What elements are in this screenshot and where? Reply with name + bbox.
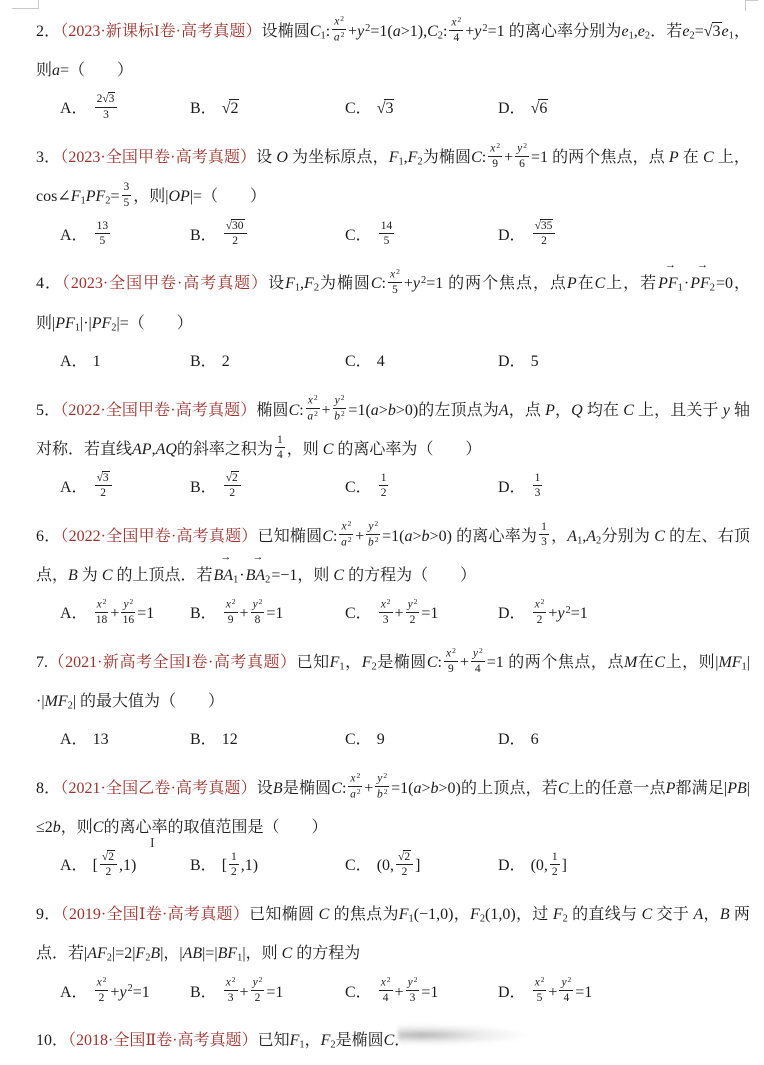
option-a-value: x22+y2=1 (93, 984, 150, 1001)
option-a-label: A． (60, 479, 88, 496)
option-b: B．[12,1) (190, 848, 345, 885)
question-source: （2023·全国甲卷·高考真题） (60, 149, 256, 166)
option-d: D．(0,12] (498, 848, 750, 885)
option-b: B．2 (190, 344, 345, 381)
question-item: 8．（2021·全国乙卷·高考真题）设B是椭圆C:x2a2+y2b2=1(a>b… (36, 769, 750, 885)
question-source: （2021·全国乙卷·高考真题） (60, 780, 256, 797)
option-b-value: √22 (222, 479, 243, 496)
option-a: A．135 (60, 218, 190, 255)
options-row: A．√32 B．√22 C．12 D．13 (60, 470, 750, 507)
question-item: 7.（2021·新高考全国I卷·高考真题）已知F1，F2是椭圆C:x29+y24… (36, 643, 750, 759)
question-stem: 6．（2022·全国甲卷·高考真题）已知椭圆C:x2a2+y2b2=1(a>b>… (36, 517, 750, 595)
question-source: （2021·新高考全国I卷·高考真题） (48, 654, 297, 671)
option-c-value: (0,√22] (377, 857, 421, 874)
option-b: B．x23+y22=1 (190, 975, 345, 1012)
page-corner-mark-left (12, 0, 39, 9)
question-source: （2023·新课标I卷·高考真题） (60, 23, 261, 40)
option-a-value: 13 (93, 731, 109, 748)
question-number: 8． (36, 780, 60, 797)
option-c-label: C． (345, 984, 372, 1001)
option-d: D．√6 (498, 91, 750, 128)
option-a: A．13 (60, 722, 190, 759)
option-b: B．√302 (190, 218, 345, 255)
question-item: 6．（2022·全国甲卷·高考真题）已知椭圆C:x2a2+y2b2=1(a>b>… (36, 517, 750, 633)
option-d-label: D． (498, 731, 526, 748)
option-b-label: B． (190, 984, 217, 1001)
question-stem: 10．（2018·全国Ⅱ卷·高考真题）已知F1，F2是椭圆C． (36, 1021, 750, 1060)
option-a-value: 135 (93, 227, 113, 244)
option-c: C．(0,√22] (345, 848, 498, 885)
option-c-value: √3 (377, 99, 395, 117)
option-c: C．145 (345, 218, 498, 255)
option-d-value: √352 (531, 227, 558, 244)
option-a-value: 1 (93, 353, 101, 370)
option-b: B．x29+y28=1 (190, 596, 345, 633)
option-d-value: x25+y24=1 (531, 984, 593, 1001)
question-source: （2019·全国Ⅰ卷·高考真题） (61, 906, 250, 923)
options-row: A．13 B．12 C．9 D．6 (60, 722, 750, 759)
question-number: 6． (36, 528, 60, 545)
option-d-label: D． (498, 353, 526, 370)
option-c-value: 12 (377, 479, 391, 496)
options-row: A．1 B．2 C．4 D．5 (60, 344, 750, 381)
option-a: A．√32 (60, 470, 190, 507)
question-item: 5．（2022·全国甲卷·高考真题）椭圆C:x2a2+y2b2=1(a>b>0)… (36, 391, 750, 507)
option-d-label: D． (498, 227, 526, 244)
question-source: （2018·全国Ⅱ卷·高考真题） (68, 1032, 258, 1049)
option-b-label: B． (190, 605, 217, 622)
option-c: C．9 (345, 722, 498, 759)
smudge-artifact (398, 1024, 528, 1044)
question-item: 4．（2023·全国甲卷·高考真题）设F1,F2为椭圆C:x25+y2=1 的两… (36, 264, 750, 380)
option-b-value: 2 (222, 353, 230, 370)
question-number: 2． (36, 23, 60, 40)
question-number: 3． (36, 149, 60, 166)
option-a-value: √32 (93, 479, 114, 496)
question-item: 3．（2023·全国甲卷·高考真题）设 O 为坐标原点，F1,F2为椭圆C:x2… (36, 138, 750, 254)
option-b-label: B． (190, 100, 217, 117)
option-a-label: A． (60, 984, 88, 1001)
option-b-value: √302 (222, 227, 249, 244)
option-c-value: x24+y23=1 (377, 984, 439, 1001)
option-b-value: [12,1) (222, 857, 258, 874)
question-stem: 8．（2021·全国乙卷·高考真题）设B是椭圆C:x2a2+y2b2=1(a>b… (36, 769, 750, 847)
option-c-value: x23+y22=1 (377, 605, 439, 622)
option-c-label: C． (345, 353, 372, 370)
option-d-label: D． (498, 984, 526, 1001)
option-c-label: C． (345, 227, 372, 244)
option-c: C．4 (345, 344, 498, 381)
question-item: 2．（2023·新课标I卷·高考真题）设椭圆C1:x2a2+y2=1(a>1),… (36, 12, 750, 128)
option-c-label: C． (345, 100, 372, 117)
page-corner-mark-right (745, 0, 758, 11)
question-stem: 9．（2019·全国Ⅰ卷·高考真题）已知椭圆 C 的焦点为F1(−1,0)，F2… (36, 895, 750, 973)
question-item: 9．（2019·全国Ⅰ卷·高考真题）已知椭圆 C 的焦点为F1(−1,0)，F2… (36, 895, 750, 1011)
option-b: B．√2 (190, 91, 345, 128)
option-d: D．13 (498, 470, 750, 507)
options-row: A．x22+y2=1 B．x23+y22=1 C．x24+y23=1 D．x25… (60, 975, 750, 1012)
option-a-label: A． (60, 353, 88, 370)
text-cursor[interactable]: I (150, 837, 155, 851)
option-c: C．√3 (345, 91, 498, 128)
option-b-value: √2 (222, 99, 240, 117)
worksheet-page: 2．（2023·新课标I卷·高考真题）设椭圆C1:x2a2+y2=1(a>1),… (0, 0, 764, 1065)
question-stem: 7.（2021·新高考全国I卷·高考真题）已知F1，F2是椭圆C:x29+y24… (36, 643, 750, 721)
question-number: 9． (36, 906, 61, 923)
question-number: 5． (36, 402, 60, 419)
option-c-label: C． (345, 857, 372, 874)
question-stem: 4．（2023·全国甲卷·高考真题）设F1,F2为椭圆C:x25+y2=1 的两… (36, 264, 750, 342)
option-c: C．x23+y22=1 (345, 596, 498, 633)
option-d: D．6 (498, 722, 750, 759)
options-row: A．135 B．√302 C．145 D．√352 (60, 218, 750, 255)
option-b-value: x23+y22=1 (222, 984, 284, 1001)
option-b-label: B． (190, 479, 217, 496)
option-a-value: [√22,1) (93, 857, 137, 874)
option-a-label: A． (60, 731, 88, 748)
question-number: 4． (36, 275, 62, 292)
option-b-label: B． (190, 227, 217, 244)
option-a: A．1 (60, 344, 190, 381)
option-d-value: √6 (531, 99, 549, 117)
option-b: B．√22 (190, 470, 345, 507)
option-d-value: 6 (531, 731, 539, 748)
option-a-label: A． (60, 605, 88, 622)
option-b-value: x29+y28=1 (222, 605, 284, 622)
option-c: C．x24+y23=1 (345, 975, 498, 1012)
question-item: 10．（2018·全国Ⅱ卷·高考真题）已知F1，F2是椭圆C． (36, 1021, 750, 1060)
option-a: A．[√22,1) (60, 848, 190, 885)
options-row: A．[√22,1) B．[12,1) C．(0,√22] D．(0,12] (60, 848, 750, 885)
option-a-label: A． (60, 227, 88, 244)
option-a-value: 2√33 (93, 100, 120, 117)
question-number: 7. (36, 654, 48, 671)
option-d-label: D． (498, 479, 526, 496)
question-source: （2023·全国甲卷·高考真题） (62, 275, 268, 292)
option-b-label: B． (190, 731, 217, 748)
option-c-value: 145 (377, 227, 397, 244)
option-c-label: C． (345, 731, 372, 748)
option-c-label: C． (345, 605, 372, 622)
option-d-label: D． (498, 605, 526, 622)
option-c: C．12 (345, 470, 498, 507)
option-b-label: B． (190, 857, 217, 874)
option-a-label: A． (60, 857, 88, 874)
question-text: 已知F1，F2是椭圆C． (258, 1032, 411, 1049)
option-b: B．12 (190, 722, 345, 759)
question-stem: 2．（2023·新课标I卷·高考真题）设椭圆C1:x2a2+y2=1(a>1),… (36, 12, 750, 90)
option-a-value: x218+y216=1 (93, 605, 155, 622)
question-source: （2022·全国甲卷·高考真题） (60, 402, 256, 419)
option-a: A．x218+y216=1 (60, 596, 190, 633)
options-row: A．2√33 B．√2 C．√3 D．√6 (60, 91, 750, 128)
option-a: A．x22+y2=1 (60, 975, 190, 1012)
question-number: 10． (36, 1032, 68, 1049)
option-c-value: 9 (377, 731, 385, 748)
option-b-label: B． (190, 353, 217, 370)
question-source: （2022·全国甲卷·高考真题） (60, 528, 257, 545)
option-d-label: D． (498, 857, 526, 874)
option-d: D．x22+y2=1 (498, 596, 750, 633)
options-row: A．x218+y216=1 B．x29+y28=1 C．x23+y22=1 D．… (60, 596, 750, 633)
option-d-value: 13 (531, 479, 545, 496)
question-stem: 5．（2022·全国甲卷·高考真题）椭圆C:x2a2+y2b2=1(a>b>0)… (36, 391, 750, 469)
option-d-label: D． (498, 100, 526, 117)
option-d: D．x25+y24=1 (498, 975, 750, 1012)
option-d-value: x22+y2=1 (531, 605, 588, 622)
option-b-value: 12 (222, 731, 238, 748)
option-d: D．√352 (498, 218, 750, 255)
question-stem: 3．（2023·全国甲卷·高考真题）设 O 为坐标原点，F1,F2为椭圆C:x2… (36, 138, 750, 216)
option-d-value: 5 (531, 353, 539, 370)
option-c-value: 4 (377, 353, 385, 370)
option-d-value: (0,12] (531, 857, 567, 874)
option-a: A．2√33 (60, 91, 190, 128)
option-a-label: A． (60, 100, 88, 117)
option-d: D．5 (498, 344, 750, 381)
option-c-label: C． (345, 479, 372, 496)
